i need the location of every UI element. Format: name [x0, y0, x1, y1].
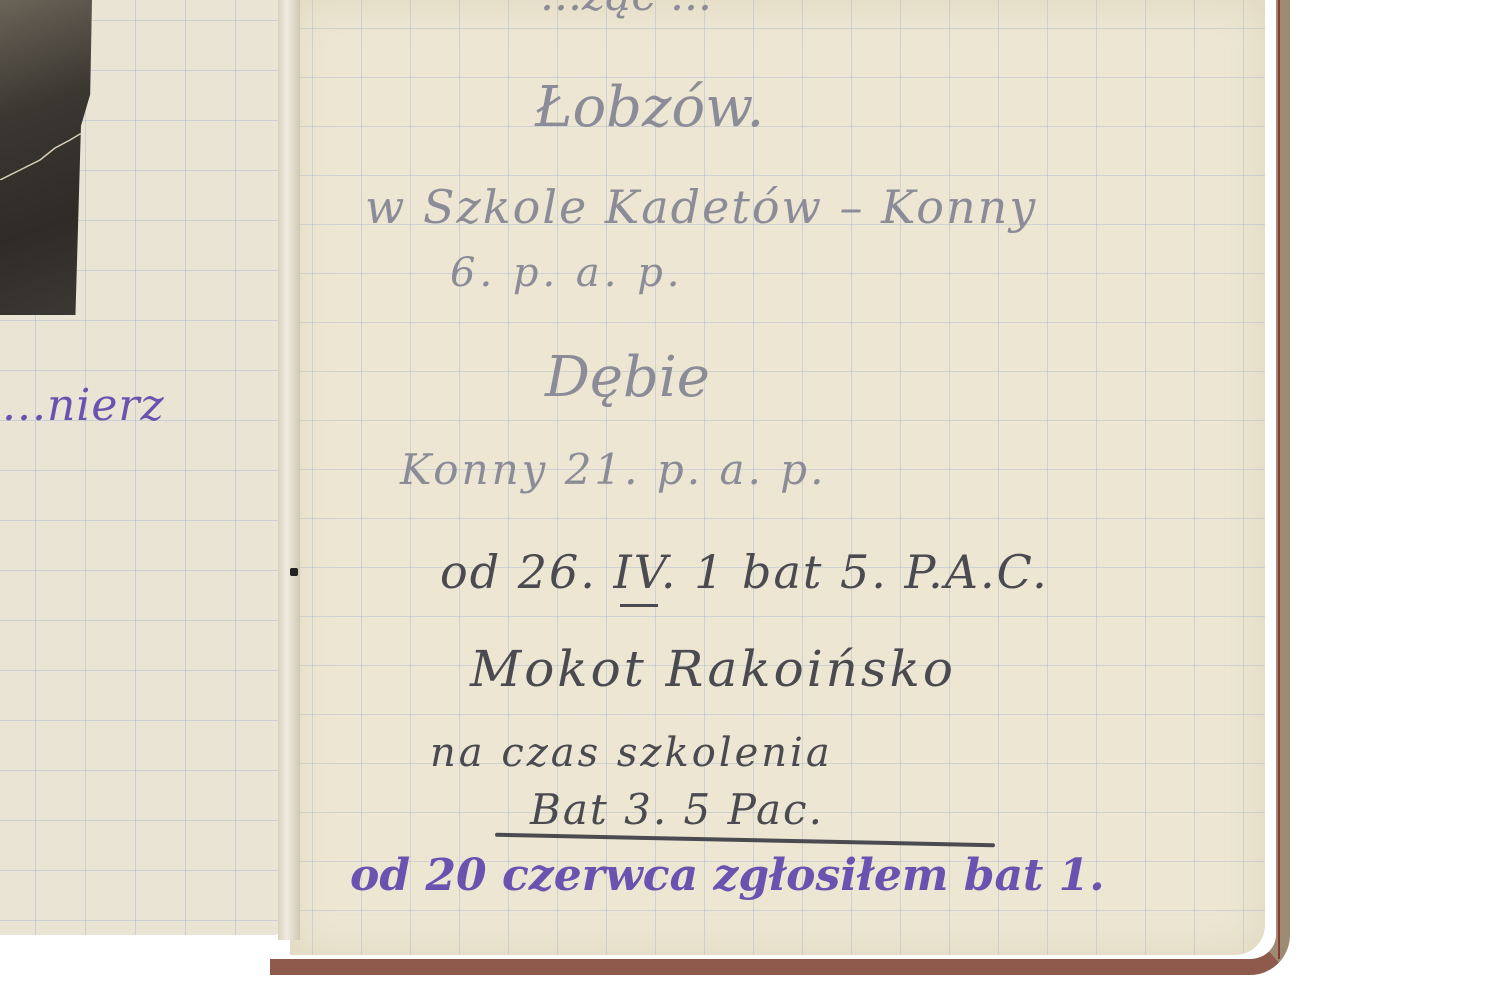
handwritten-line-0: ...ząc ... — [540, 0, 712, 21]
handwritten-line-21pap: Konny 21. p. a. p. — [400, 445, 826, 494]
handwritten-line-rakoinsko: Mokot Rakoińsko — [470, 640, 956, 698]
handwritten-line-debie: Dębie — [545, 345, 710, 410]
left-signature-fragment: ...nierz — [2, 380, 165, 431]
handwritten-line-violet: od 20 czerwca zgłosiłem bat 1. — [350, 850, 1105, 901]
staple-mark — [290, 568, 298, 576]
portrait-photo — [0, 0, 92, 315]
notebook-spread: ...nierz ...ząc ... Łobzów. w Szkole Kad… — [0, 0, 1500, 1000]
photo-crack-icon — [0, 110, 90, 180]
left-page: ...nierz — [0, 0, 285, 935]
underline-mark — [620, 604, 658, 607]
handwritten-line-6pap: 6. p. a. p. — [450, 250, 684, 296]
handwritten-line-szkola-kadetow: w Szkole Kadetów – Konny — [365, 180, 1037, 234]
handwritten-line-szkolenia: na czas szkolenia — [430, 730, 833, 776]
handwritten-line-lobzow: Łobzów. — [535, 75, 764, 140]
notebook-spine — [278, 0, 300, 940]
handwritten-line-bat-3: Bat 3. 5 Pac. — [530, 785, 824, 834]
handwritten-line-od-26-iv: od 26. IV. 1 bat 5. P.A.C. — [440, 545, 1049, 599]
